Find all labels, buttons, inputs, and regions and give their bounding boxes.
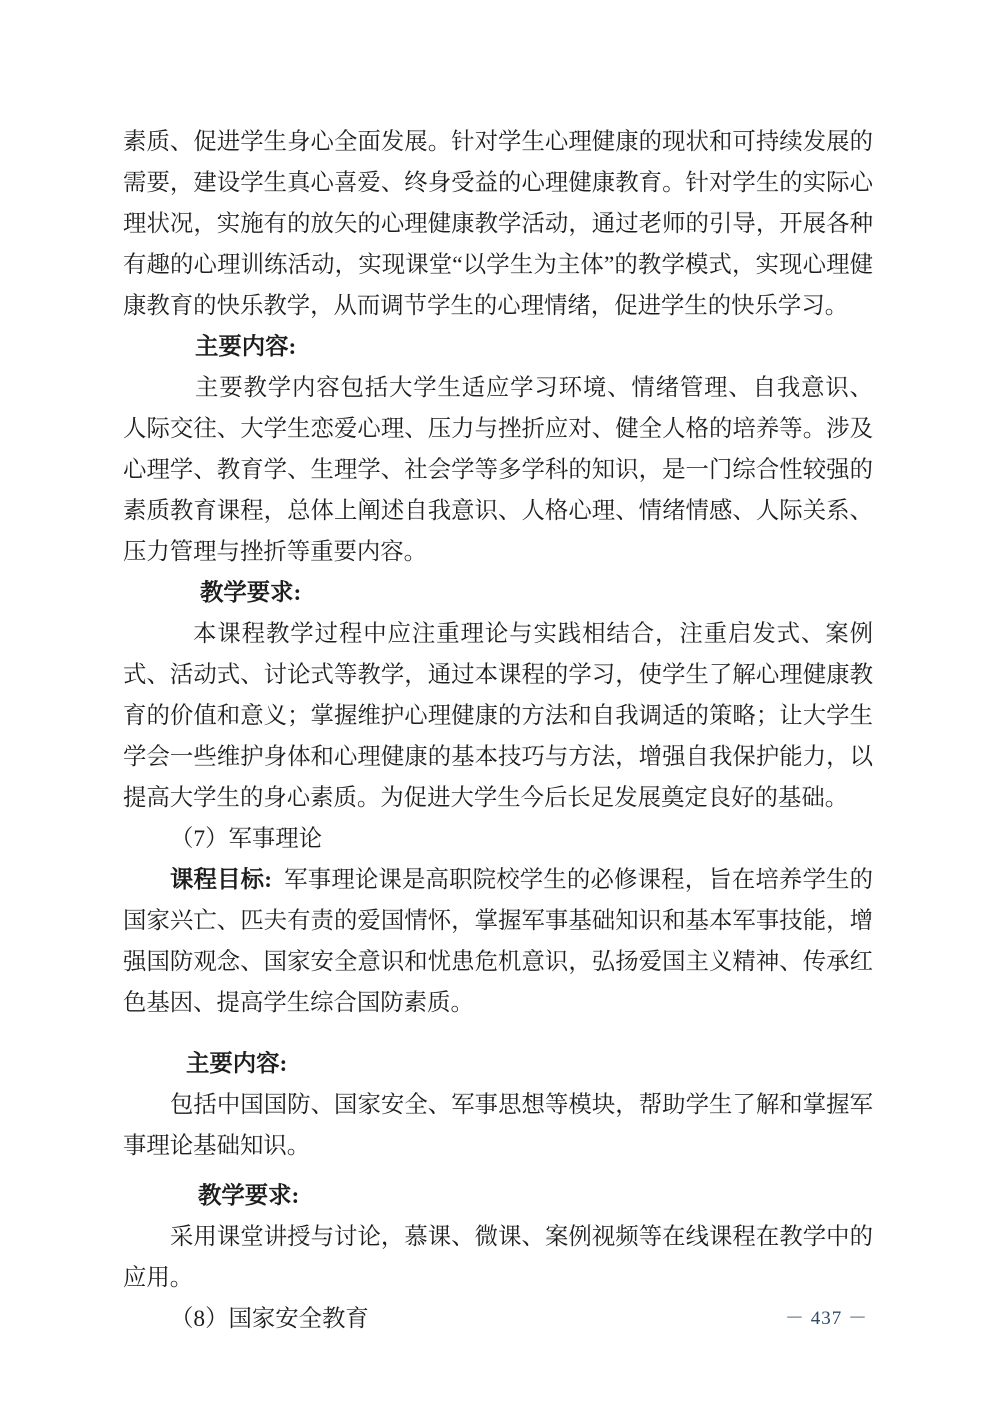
heading-teaching-requirements-psych: 教学要求: bbox=[123, 573, 873, 614]
paragraph-psych-continuation: 素质、促进学生身心全面发展。针对学生心理健康的现状和可持续发展的需要，建设学生真… bbox=[123, 122, 873, 327]
heading-teaching-requirements-military: 教学要求: bbox=[123, 1176, 873, 1217]
paragraph-psych-main-content: 主要教学内容包括大学生适应学习环境、情绪管理、自我意识、人际交往、大学生恋爱心理… bbox=[123, 368, 873, 573]
page-number: － 437 － bbox=[785, 1303, 868, 1330]
course-objective-label: 课程目标: bbox=[170, 867, 272, 893]
paragraph-military-teaching-requirements: 采用课堂讲授与讨论，慕课、微课、案例视频等在线课程在教学中的应用。 bbox=[123, 1217, 873, 1299]
heading-main-content-psych: 主要内容: bbox=[123, 327, 873, 368]
document-page: 素质、促进学生身心全面发展。针对学生心理健康的现状和可持续发展的需要，建设学生真… bbox=[0, 0, 1000, 1414]
paragraph-psych-teaching-requirements: 本课程教学过程中应注重理论与实践相结合，注重启发式、案例式、活动式、讨论式等教学… bbox=[123, 614, 873, 819]
item-7-military-theory: （7）军事理论 bbox=[123, 819, 873, 860]
paragraph-military-course-objective: 课程目标:军事理论课是高职院校学生的必修课程，旨在培养学生的国家兴亡、匹夫有责的… bbox=[123, 860, 873, 1024]
paragraph-military-main-content: 包括中国国防、国家安全、军事思想等模块，帮助学生了解和掌握军事理论基础知识。 bbox=[123, 1085, 873, 1167]
item-8-national-security-education: （8）国家安全教育 bbox=[123, 1299, 873, 1340]
heading-main-content-military: 主要内容: bbox=[123, 1044, 873, 1085]
page-body-text: 素质、促进学生身心全面发展。针对学生心理健康的现状和可持续发展的需要，建设学生真… bbox=[123, 122, 873, 1340]
